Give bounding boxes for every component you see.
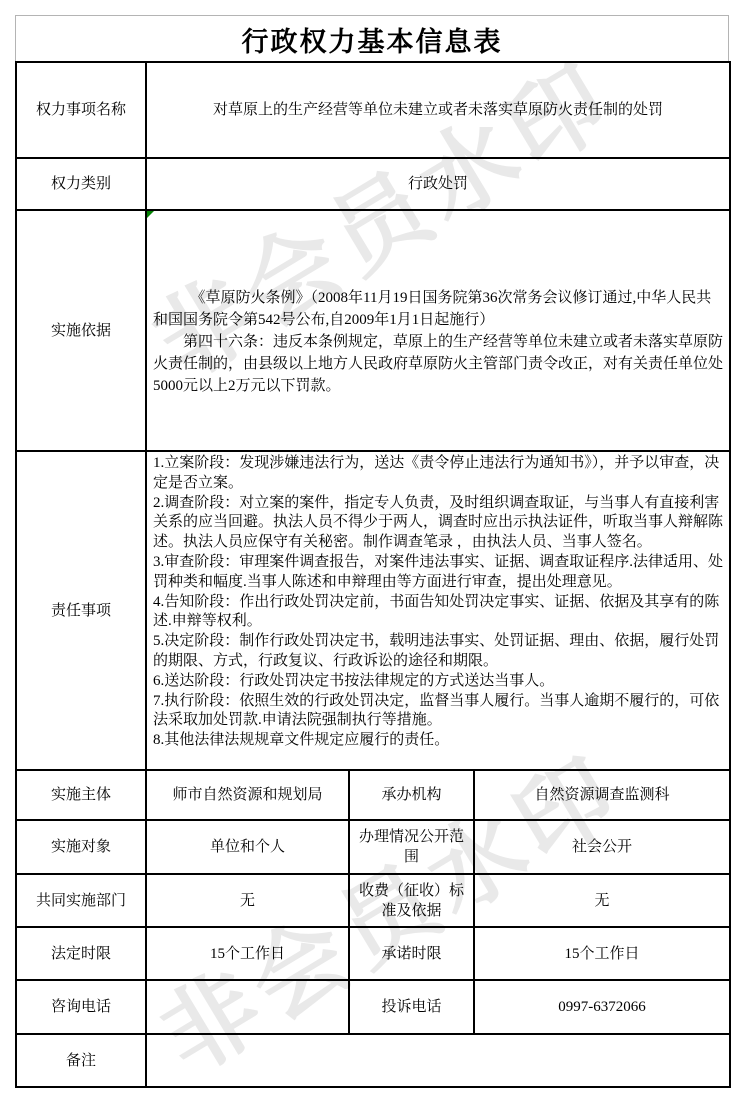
value-handling-agency: 自然资源调查监测科 xyxy=(474,770,730,820)
info-table: 权力事项名称 对草原上的生产经营等单位未建立或者未落实草原防火责任制的处罚 权力… xyxy=(15,61,731,1088)
value-implementation-basis: 《草原防火条例》（2008年11月19日国务院第36次常务会议修订通过,中华人民… xyxy=(146,210,730,451)
label-implementation-target: 实施对象 xyxy=(16,820,146,874)
value-remarks xyxy=(146,1034,730,1087)
table-row-remarks: 备注 xyxy=(16,1034,730,1087)
value-statutory-time-limit: 15个工作日 xyxy=(146,927,349,980)
table-row-power-category: 权力类别 行政处罚 xyxy=(16,158,730,210)
label-remarks: 备注 xyxy=(16,1034,146,1087)
table-row-implementation-target: 实施对象 单位和个人 办理情况公开范围 社会公开 xyxy=(16,820,730,874)
value-joint-departments: 无 xyxy=(146,874,349,927)
label-power-item-name: 权力事项名称 xyxy=(16,62,146,158)
table-row-responsibility-items: 责任事项 1.立案阶段：发现涉嫌违法行为，送达《责令停止违法行为通知书》），并予… xyxy=(16,451,730,770)
label-responsibility-items: 责任事项 xyxy=(16,451,146,770)
table-row-phones: 咨询电话 投诉电话 0997-6372066 xyxy=(16,980,730,1034)
value-fee-standard: 无 xyxy=(474,874,730,927)
value-implementation-target: 单位和个人 xyxy=(146,820,349,874)
label-complaint-phone: 投诉电话 xyxy=(349,980,474,1034)
value-complaint-phone: 0997-6372066 xyxy=(474,980,730,1034)
value-consultation-phone xyxy=(146,980,349,1034)
value-implementing-body: 师市自然资源和规划局 xyxy=(146,770,349,820)
label-power-category: 权力类别 xyxy=(16,158,146,210)
document-page: 非会员水印 非会员水印 行政权力基本信息表 权力事项名称 对草原上的生产经营等单… xyxy=(0,0,749,1101)
label-implementation-basis: 实施依据 xyxy=(16,210,146,451)
label-fee-standard: 收费（征收）标准及依据 xyxy=(349,874,474,927)
label-implementing-body: 实施主体 xyxy=(16,770,146,820)
value-disclosure-scope: 社会公开 xyxy=(474,820,730,874)
label-promised-time-limit: 承诺时限 xyxy=(349,927,474,980)
value-promised-time-limit: 15个工作日 xyxy=(474,927,730,980)
label-statutory-time-limit: 法定时限 xyxy=(16,927,146,980)
table-row-implementation-basis: 实施依据 《草原防火条例》（2008年11月19日国务院第36次常务会议修订通过… xyxy=(16,210,730,451)
value-power-item-name: 对草原上的生产经营等单位未建立或者未落实草原防火责任制的处罚 xyxy=(146,62,730,158)
table-row-joint-departments: 共同实施部门 无 收费（征收）标准及依据 无 xyxy=(16,874,730,927)
label-handling-agency: 承办机构 xyxy=(349,770,474,820)
value-power-category: 行政处罚 xyxy=(146,158,730,210)
label-consultation-phone: 咨询电话 xyxy=(16,980,146,1034)
page-title: 行政权力基本信息表 xyxy=(15,15,729,62)
cell-note-icon xyxy=(147,211,154,218)
implementation-basis-text: 《草原防火条例》（2008年11月19日国务院第36次常务会议修订通过,中华人民… xyxy=(153,290,723,394)
table-row-statutory-time-limit: 法定时限 15个工作日 承诺时限 15个工作日 xyxy=(16,927,730,980)
label-disclosure-scope: 办理情况公开范围 xyxy=(349,820,474,874)
table-row-implementing-body: 实施主体 师市自然资源和规划局 承办机构 自然资源调查监测科 xyxy=(16,770,730,820)
label-joint-departments: 共同实施部门 xyxy=(16,874,146,927)
table-row-power-item-name: 权力事项名称 对草原上的生产经营等单位未建立或者未落实草原防火责任制的处罚 xyxy=(16,62,730,158)
value-responsibility-items: 1.立案阶段：发现涉嫌违法行为，送达《责令停止违法行为通知书》），并予以审查，决… xyxy=(146,451,730,770)
